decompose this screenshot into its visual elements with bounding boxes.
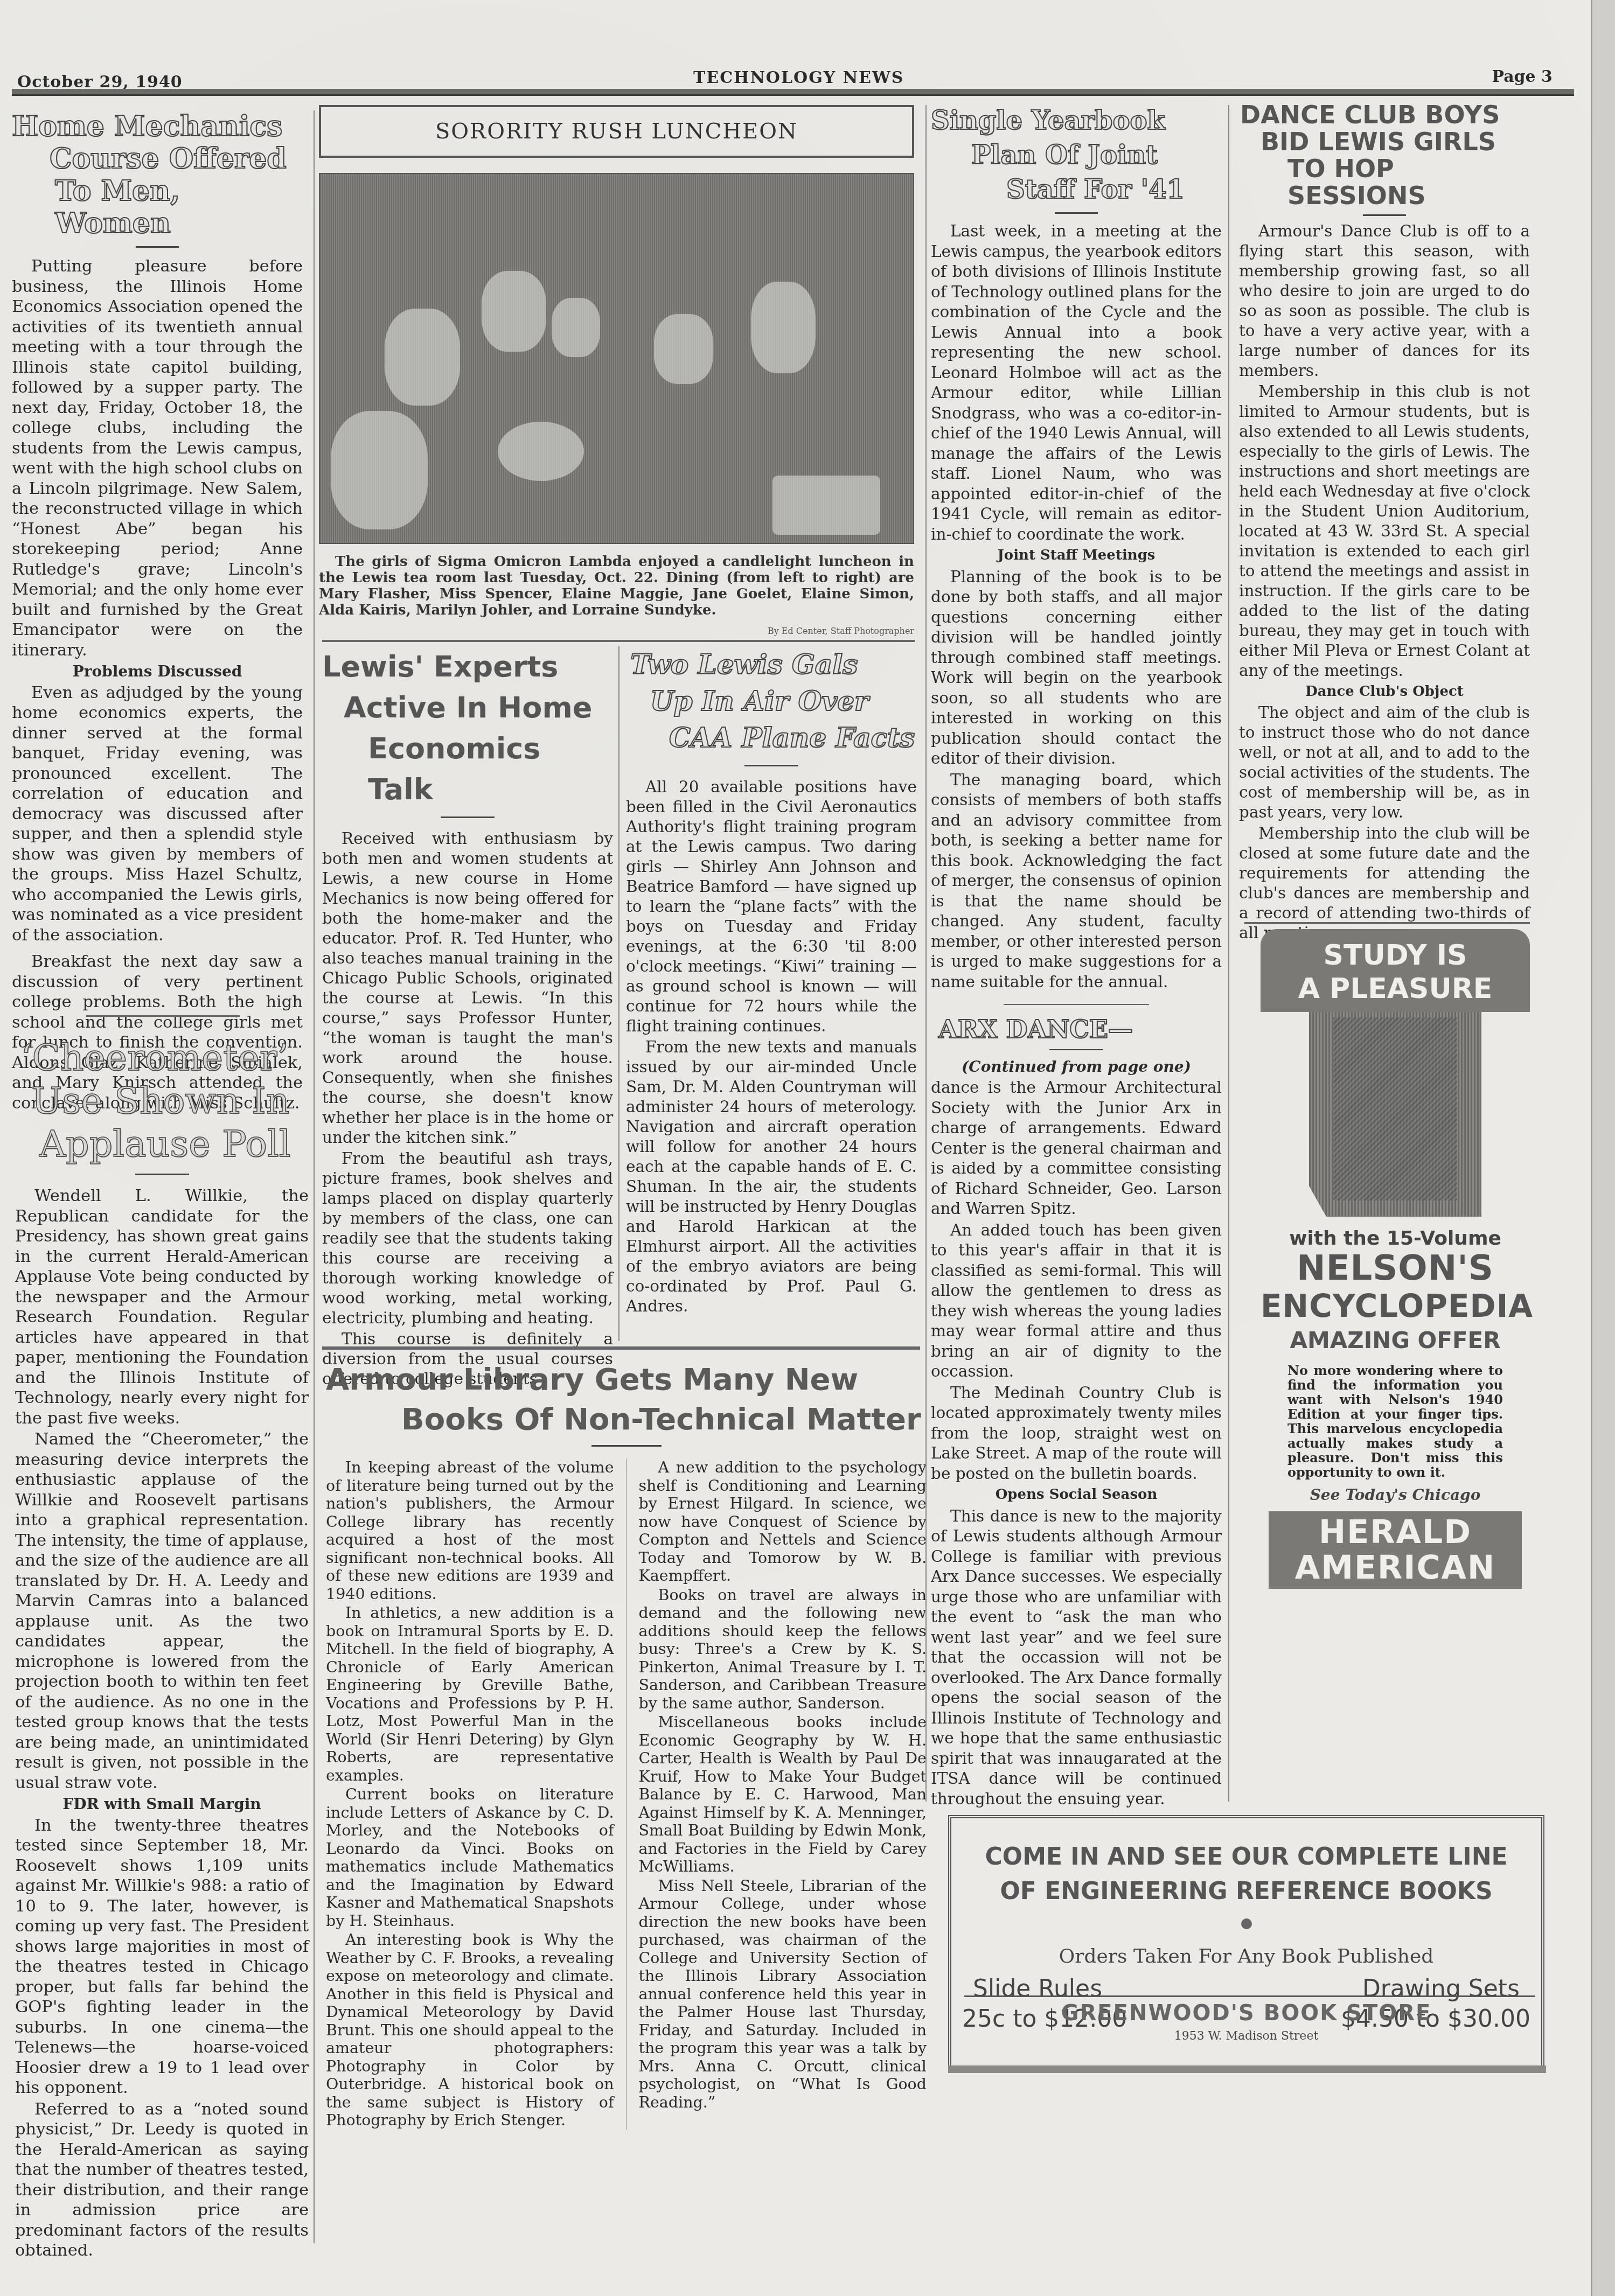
subhead: FDR with Small Margin [15, 1794, 309, 1815]
headline-line: Plan Of Joint [931, 138, 1222, 172]
article-home-mechanics: Home Mechanics Course Offered To Men, Wo… [12, 110, 303, 1113]
arx-dance-headline: ARX DANCE— [931, 1015, 1222, 1044]
article-body: Received with enthusiasm by both men and… [322, 829, 613, 1389]
headline-line: Books Of Non-Technical Matter [326, 1400, 927, 1440]
paragraph: A new addition to the psychology shelf i… [638, 1458, 927, 1585]
book-illustration-icon [1309, 1012, 1481, 1217]
article-body: Wendell L. Willkie, the Republican candi… [15, 1186, 309, 2261]
headline-line: Lewis' Experts [322, 646, 613, 687]
paragraph: Armour's Dance Club is off to a flying s… [1239, 221, 1530, 381]
article-cheerometer: ‘Cheerometer’ Use Shown In Applause Poll… [15, 1037, 309, 2261]
column-rule [618, 646, 619, 1341]
paragraph: Referred to as a “noted sound physicist,… [15, 2099, 309, 2261]
article-body: Last week, in a meeting at the Lewis cam… [931, 221, 1222, 992]
paragraph: From the new texts and manuals issued by… [626, 1037, 917, 1316]
paragraph: Miscellaneous books include Economic Geo… [638, 1713, 927, 1876]
paragraph: An added touch has been given to this ye… [931, 1220, 1222, 1382]
headline-line: TO HOP SESSIONS [1239, 155, 1530, 209]
continued-note: (Continued from page one) [931, 1058, 1222, 1076]
headline-line: ‘Cheerometer’ [15, 1037, 309, 1080]
ad-headline-line: COME IN AND SEE OUR COMPLETE LINE [951, 1840, 1541, 1874]
column-rule [626, 1458, 627, 2130]
photo-figure [385, 309, 460, 406]
ad-store-info: GREENWOOD'S BOOK STORE [948, 2001, 1544, 2026]
headline-line: Applause Poll [15, 1123, 309, 1166]
divider [322, 1346, 920, 1350]
store-address: 1953 W. Madison Street [948, 2030, 1544, 2042]
paragraph: In keeping abreast of the volume of lite… [326, 1458, 614, 1603]
headline: ‘Cheerometer’ Use Shown In Applause Poll [15, 1037, 309, 1166]
ad-offer: AMAZING OFFER [1261, 1327, 1530, 1353]
page-number: Page 3 [1492, 67, 1553, 86]
bullet-icon [1241, 1918, 1252, 1929]
article-body-right: A new addition to the psychology shelf i… [638, 1458, 927, 2130]
subhead: Joint Staff Meetings [931, 546, 1222, 566]
article-two-lewis-gals: Two Lewis Gals Up In Air Over CAA Plane … [626, 646, 917, 1316]
article-body: Armour's Dance Club is off to a flying s… [1239, 221, 1530, 943]
ad-address: 1953 W. Madison Street [948, 2030, 1544, 2042]
paragraph: Current books on literature include Lett… [326, 1785, 614, 1930]
paragraph: The managing board, which consists of me… [931, 770, 1222, 993]
ad-brand: NELSON'S ENCYCLOPEDIA [1261, 1250, 1530, 1325]
headline-line: Economics Talk [322, 728, 613, 810]
article-body: Putting pleasure before business, the Il… [12, 256, 303, 1113]
article-columns: In keeping abreast of the volume of lite… [326, 1458, 927, 2130]
headline-line: BID LEWIS GIRLS [1239, 128, 1530, 155]
headline: Two Lewis Gals Up In Air Over CAA Plane … [626, 646, 917, 756]
article-body-left: In keeping abreast of the volume of lite… [326, 1458, 614, 2130]
headline-line: Use Shown In [15, 1080, 309, 1123]
paragraph: Wendell L. Willkie, the Republican candi… [15, 1186, 309, 1428]
masthead-rule [12, 89, 1574, 96]
headline: Lewis' Experts Active In Home Economics … [322, 646, 613, 810]
paragraph: Last week, in a meeting at the Lewis cam… [931, 221, 1222, 545]
divider [86, 1015, 240, 1017]
article-armour-library: Armour Library Gets Many New Books Of No… [326, 1360, 927, 2130]
column-rule [925, 105, 927, 1802]
publication-title: TECHNOLOGY NEWS [693, 68, 904, 87]
subhead: Problems Discussed [12, 661, 303, 682]
headline-line: CAA Plane Facts [626, 720, 917, 756]
paragraph: This dance is new to the majority of Lew… [931, 1506, 1222, 1810]
divider [964, 1995, 1535, 1997]
book-cover [1333, 1017, 1457, 1201]
headline-line: Armour Library Gets Many New [326, 1360, 927, 1400]
headline: Armour Library Gets Many New Books Of No… [326, 1360, 927, 1440]
photo-caption: The girls of Sigma Omicron Lambda enjoye… [319, 554, 914, 618]
paragraph: The Medinah Country Club is located appr… [931, 1383, 1222, 1484]
paragraph: From the beautiful ash trays, picture fr… [322, 1149, 613, 1328]
ad-headline-line: OF ENGINEERING REFERENCE BOOKS [951, 1874, 1541, 1909]
ad-subline: with the 15-Volume [1261, 1227, 1530, 1250]
headline-line: DANCE CLUB BOYS [1239, 101, 1530, 128]
headline-line: Course Offered [12, 143, 303, 175]
ad-banner-line: A PLEASURE [1261, 972, 1530, 1006]
paragraph: Planning of the book is to be done by bo… [931, 567, 1222, 769]
divider [1055, 212, 1098, 214]
paragraph: An interesting book is Why the Weather b… [326, 1931, 614, 2130]
ad-brand-line: ENCYCLOPEDIA [1261, 1287, 1530, 1325]
divider [591, 1445, 662, 1447]
ad-banner: STUDY IS A PLEASURE [1261, 929, 1530, 1012]
ad-herald-american-logo: HERALD AMERICAN [1269, 1511, 1522, 1589]
photo-table [772, 476, 880, 535]
paragraph: All 20 available positions have been fil… [626, 777, 917, 1036]
divider [136, 246, 179, 248]
ad-paper-line: AMERICAN [1269, 1550, 1522, 1586]
photo-title-box: SORORITY RUSH LUNCHEON [319, 105, 914, 158]
photo-table [498, 422, 584, 481]
headline-line: Up In Air Over [626, 683, 917, 720]
photo-title: SORORITY RUSH LUNCHEON [435, 119, 798, 144]
headline-line: Staff For '41 [931, 172, 1222, 207]
divider [135, 1174, 189, 1175]
luncheon-photo [319, 173, 914, 544]
product-name: Drawing Sets [1362, 1975, 1520, 2002]
newspaper-page: October 29, 1940 TECHNOLOGY NEWS Page 3 … [0, 0, 1615, 2296]
ad-paper-line: HERALD [1269, 1515, 1522, 1550]
page-edge [1591, 0, 1615, 2296]
paragraph: Membership in this club is not limited t… [1239, 382, 1530, 681]
headline: Single Yearbook Plan Of Joint Staff For … [931, 103, 1222, 207]
photo-figure [331, 411, 428, 529]
store-name: GREENWOOD'S BOOK STORE [948, 2001, 1544, 2026]
ad-border-bottom [948, 2065, 1546, 2073]
ad-body: No more wondering where to find the info… [1287, 1363, 1503, 1480]
column-rule [314, 110, 315, 2243]
subhead: Opens Social Season [931, 1485, 1222, 1505]
photo-figure [482, 271, 546, 352]
paragraph: Named the “Cheerometer,” the measuring d… [15, 1429, 309, 1793]
paragraph: In the twenty-three theatres tested sinc… [15, 1816, 309, 2098]
divider [322, 640, 915, 642]
article-yearbook: Single Yearbook Plan Of Joint Staff For … [931, 103, 1222, 1809]
paragraph: In athletics, a new addition is a book o… [326, 1604, 614, 1784]
headline: DANCE CLUB BOYS BID LEWIS GIRLS TO HOP S… [1239, 101, 1530, 209]
paragraph: Putting pleasure before business, the Il… [12, 256, 303, 660]
photo-feature-sorority: SORORITY RUSH LUNCHEON The girls of Sigm… [319, 105, 914, 636]
product-name: Slide Rules [973, 1975, 1102, 2002]
paragraph: Received with enthusiasm by both men and… [322, 829, 613, 1148]
headline-line: To Men, Women [12, 175, 303, 240]
paragraph: The object and aim of the club is to ins… [1239, 703, 1530, 822]
paragraph: Even as adjudged by the young home econo… [12, 683, 303, 946]
headline: Home Mechanics Course Offered To Men, Wo… [12, 110, 303, 240]
article-body: All 20 available positions have been fil… [626, 777, 917, 1316]
paragraph: dance is the Armour Architectural Societ… [931, 1078, 1222, 1219]
divider [1049, 1049, 1103, 1050]
article-body: dance is the Armour Architectural Societ… [931, 1078, 1222, 1809]
photo-figure [751, 282, 816, 373]
headline-line: Two Lewis Gals [626, 646, 917, 683]
ad-headline: COME IN AND SEE OUR COMPLETE LINE OF ENG… [951, 1840, 1541, 1909]
divider [744, 765, 798, 766]
paragraph: Membership into the club will be closed … [1239, 824, 1530, 943]
ad-orders-line: Orders Taken For Any Book Published [951, 1945, 1541, 1967]
divider [1244, 922, 1530, 924]
ad-see-line: See Today's Chicago [1261, 1486, 1530, 1504]
paragraph: Miss Nell Steele, Librarian of the Armou… [638, 1877, 927, 2112]
photo-figure [552, 298, 600, 357]
article-lewis-experts: Lewis' Experts Active In Home Economics … [322, 646, 613, 1389]
divider [1363, 214, 1406, 216]
headline-line: Active In Home [322, 687, 613, 728]
headline-line: Home Mechanics [12, 110, 303, 143]
divider [1004, 1004, 1149, 1005]
ad-brand-line: NELSON'S [1261, 1250, 1530, 1287]
photo-figure [654, 314, 713, 384]
photo-credit: By Ed Center, Staff Photographer [319, 626, 914, 636]
article-dance-club: DANCE CLUB BOYS BID LEWIS GIRLS TO HOP S… [1239, 101, 1530, 943]
ad-banner-line: STUDY IS [1261, 939, 1530, 972]
ad-nelsons-encyclopedia: STUDY IS A PLEASURE with the 15-Volume N… [1261, 929, 1530, 1589]
subhead: Dance Club's Object [1239, 682, 1530, 702]
column-rule [1228, 105, 1229, 1802]
paragraph: Books on travel are always in demand and… [638, 1586, 927, 1713]
divider [441, 816, 495, 818]
headline-line: Single Yearbook [931, 103, 1222, 138]
